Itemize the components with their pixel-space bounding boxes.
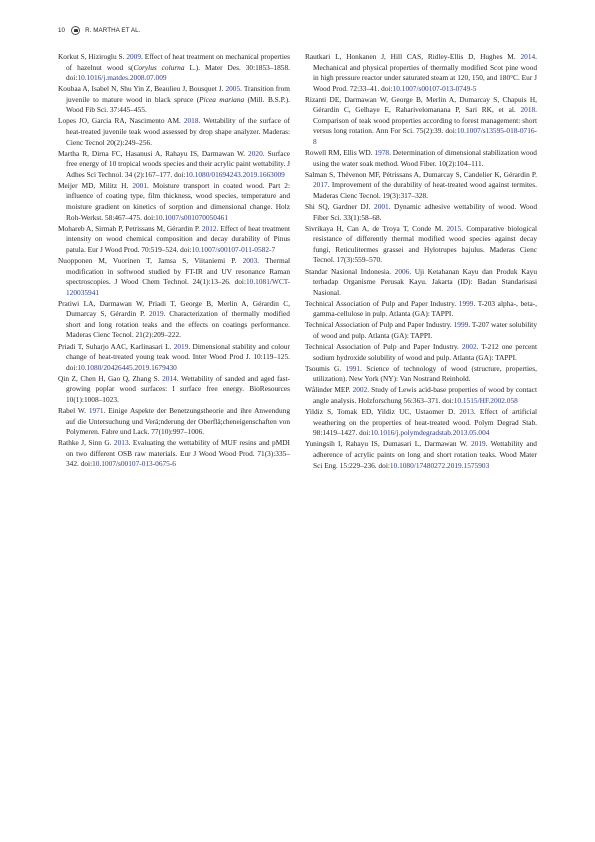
reference-entry: Priadi T, Suharjo AAC, Karlinasari L. 20…	[58, 342, 290, 374]
authors: Standar Nasional Indonesia.	[305, 267, 395, 276]
ref-year-link[interactable]: 2006	[395, 267, 410, 276]
running-header: 10 R. MARTHA ET AL.	[58, 24, 140, 36]
ref-year-link[interactable]: 2002	[462, 342, 477, 351]
ref-year-link[interactable]: 2009	[126, 52, 141, 61]
page-number: 10	[58, 27, 65, 34]
authors: Rabel W.	[58, 406, 89, 415]
ref-year-link[interactable]: 2020	[248, 149, 263, 158]
running-head: R. MARTHA ET AL.	[85, 27, 140, 34]
authors: Technical Association of Pulp and Paper …	[305, 342, 462, 351]
ref-year-link[interactable]: 2001	[132, 181, 147, 190]
reference-entry: Shi SQ, Gardner DJ. 2001. Dynamic adhesi…	[305, 202, 537, 223]
reference-entry: Nuopponen M, Vuorinen T, Jamsa S, Viitan…	[58, 256, 290, 298]
reference-entry: Lopes JO, Garcia RA, Nascimento AM. 2018…	[58, 116, 290, 148]
ref-year-link[interactable]: 2013	[114, 438, 129, 447]
ref-year-link[interactable]: 1978	[374, 148, 389, 157]
references-left-column: Korkut S, Hiziroglu S. 2009. Effect of h…	[58, 52, 290, 470]
publisher-logo-icon	[71, 26, 80, 35]
ref-year-link[interactable]: 2013	[459, 407, 474, 416]
reference-entry: Sivrikaya H, Can A, de Troya T, Conde M.…	[305, 224, 537, 266]
authors: Korkut S, Hiziroglu S.	[58, 52, 126, 61]
reference-entry: Rabel W. 1971. Einige Aspekte der Benetz…	[58, 406, 290, 438]
reference-entry: Pratiwi LA, Darmawan W, Priadi T, George…	[58, 299, 290, 341]
authors: Salman S, Thévenon MF, Pétrissans A, Dum…	[305, 170, 537, 179]
doi-link[interactable]: 10.1080/17480272.2019.1575903	[390, 461, 489, 470]
ref-year-link[interactable]: 2019	[149, 309, 164, 318]
authors: Technical Association of Pulp and Paper …	[305, 320, 454, 329]
ref-year-link[interactable]: 1999	[459, 299, 474, 308]
doi-link[interactable]: 10.1080/01694243.2019.1663009	[186, 170, 285, 179]
authors: Technical Association of Pulp and Paper …	[305, 299, 459, 308]
reference-entry: Meijer MD, Militz H. 2001. Moisture tran…	[58, 181, 290, 223]
reference-entry: Korkut S, Hiziroglu S. 2009. Effect of h…	[58, 52, 290, 84]
authors: Yildiz S, Tomak ED, Yildiz UC, Ustaomer …	[305, 407, 459, 416]
authors: Wålinder MEP.	[305, 385, 353, 394]
authors: Tsoumis G.	[305, 364, 345, 373]
reference-entry: Koubaa A, Isabel N, Shu Yin Z, Beaulieu …	[58, 84, 290, 116]
authors: Meijer MD, Militz H.	[58, 181, 132, 190]
ref-year-link[interactable]: 2014	[520, 52, 535, 61]
reference-entry: Rautkari L, Honkanen J, Hill CAS, Ridley…	[305, 52, 537, 94]
reference-entry: Qin Z, Chen H, Gao Q, Zhang S. 2014. Wet…	[58, 374, 290, 406]
authors: Rizanti DE, Darmawan W, George B, Merlin…	[305, 95, 537, 115]
doi-link[interactable]: 10.1007/s00107-013-0675-6	[92, 459, 176, 468]
ref-species: Corylus colurna	[133, 63, 184, 72]
authors: Lopes JO, Garcia RA, Nascimento AM.	[58, 116, 184, 125]
ref-year-link[interactable]: 1971	[89, 406, 104, 415]
ref-year-link[interactable]: 2014	[162, 374, 177, 383]
authors: Qin Z, Chen H, Gao Q, Zhang S.	[58, 374, 162, 383]
doi-link[interactable]: 10.1007/s001070050461	[155, 213, 228, 222]
reference-entry: Yildiz S, Tomak ED, Yildiz UC, Ustaomer …	[305, 407, 537, 439]
doi-link[interactable]: 10.1016/j.matdes.2008.07.009	[77, 73, 166, 82]
authors: Priadi T, Suharjo AAC, Karlinasari L.	[58, 342, 174, 351]
doi-link[interactable]: 10.1515/HF.2002.058	[454, 396, 518, 405]
ref-year-link[interactable]: 2003	[243, 256, 258, 265]
ref-year-link[interactable]: 2012	[202, 224, 217, 233]
ref-year-link[interactable]: 2018	[520, 105, 535, 114]
reference-entry: Yuningsih I, Rahayu IS, Dumasari L, Darm…	[305, 439, 537, 471]
reference-entry: Mohareb A, Sirmah P, Petrissans M, Gérar…	[58, 224, 290, 256]
reference-entry: Martha R, Dirna FC, Hasanusi A, Rahayu I…	[58, 149, 290, 181]
doi-link[interactable]: 10.1007/s00107-011-0582-7	[192, 245, 276, 254]
ref-year-link[interactable]: 2001	[374, 202, 389, 211]
reference-entry: Salman S, Thévenon MF, Pétrissans A, Dum…	[305, 170, 537, 202]
authors: Mohareb A, Sirmah P, Petrissans M, Gérar…	[58, 224, 202, 233]
ref-year-link[interactable]: 1999	[454, 320, 469, 329]
ref-year-link[interactable]: 2019	[174, 342, 189, 351]
reference-entry: Rathke J, Sinn G. 2013. Evaluating the w…	[58, 438, 290, 470]
ref-year-link[interactable]: 2017	[313, 180, 328, 189]
ref-text: . Improvement of the durability of heat-…	[313, 180, 537, 200]
doi-link[interactable]: 10.1016/j.polymdegradstab.2013.05.004	[371, 428, 490, 437]
reference-entry: Technical Association of Pulp and Paper …	[305, 342, 537, 363]
doi-link[interactable]: 10.1007/s00107-013-0749-5	[393, 84, 477, 93]
ref-year-link[interactable]: 1991	[345, 364, 360, 373]
ref-year-link[interactable]: 2005	[225, 84, 240, 93]
reference-entry: Tsoumis G. 1991. Science of technology o…	[305, 364, 537, 385]
authors: Yuningsih I, Rahayu IS, Dumasari L, Darm…	[305, 439, 471, 448]
authors: Nuopponen M, Vuorinen T, Jamsa S, Viitan…	[58, 256, 243, 265]
authors: Rowell RM, Ellis WD.	[305, 148, 374, 157]
authors: Rathke J, Sinn G.	[58, 438, 114, 447]
doi-link[interactable]: 10.1080/20426445.2019.1679430	[77, 363, 176, 372]
reference-entry: Standar Nasional Indonesia. 2006. Uji Ke…	[305, 267, 537, 299]
reference-entry: Technical Association of Pulp and Paper …	[305, 320, 537, 341]
authors: Sivrikaya H, Can A, de Troya T, Conde M.	[305, 224, 446, 233]
ref-year-link[interactable]: 2018	[184, 116, 199, 125]
reference-entry: Rizanti DE, Darmawan W, George B, Merlin…	[305, 95, 537, 148]
authors: Koubaa A, Isabel N, Shu Yin Z, Beaulieu …	[58, 84, 225, 93]
authors: Shi SQ, Gardner DJ.	[305, 202, 374, 211]
authors: Martha R, Dirna FC, Hasanusi A, Rahayu I…	[58, 149, 248, 158]
ref-species: Picea mariana	[199, 95, 244, 104]
ref-year-link[interactable]: 2019	[471, 439, 486, 448]
authors: Rautkari L, Honkanen J, Hill CAS, Ridley…	[305, 52, 520, 61]
references-right-column: Rautkari L, Honkanen J, Hill CAS, Ridley…	[305, 52, 537, 472]
reference-entry: Rowell RM, Ellis WD. 1978. Determination…	[305, 148, 537, 169]
ref-year-link[interactable]: 2015	[446, 224, 461, 233]
reference-entry: Wålinder MEP. 2002. Study of Lewis acid-…	[305, 385, 537, 406]
reference-entry: Technical Association of Pulp and Paper …	[305, 299, 537, 320]
ref-year-link[interactable]: 2002	[353, 385, 368, 394]
